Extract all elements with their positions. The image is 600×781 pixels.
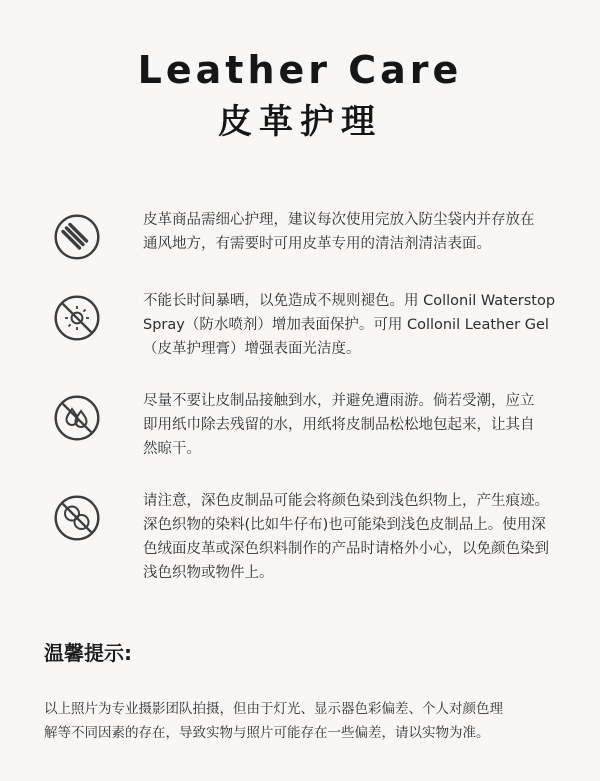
care-instruction-list: 皮革商品需细心护理，建议每次使用完放入防尘袋内并存放在 通风地方，有需要时可用皮… <box>0 208 600 585</box>
notice-section: 温馨提示: 以上照片为专业摄影团队拍摄，但由于灯光、显示器色彩偏差、个人对颜色理… <box>0 639 600 745</box>
notice-heading: 温馨提示: <box>44 639 556 667</box>
care-item-storage: 皮革商品需细心护理，建议每次使用完放入防尘袋内并存放在 通风地方，有需要时可用皮… <box>0 208 600 261</box>
care-text-storage: 皮革商品需细心护理，建议每次使用完放入防尘袋内并存放在 通风地方，有需要时可用皮… <box>143 208 585 256</box>
care-text-no-color-transfer: 请注意，深色皮制品可能会将颜色染到浅色织物上，产生痕迹。 深色织物的染料(比如牛… <box>143 489 585 585</box>
care-text-no-water: 尽量不要让皮制品接触到水，并避免遭雨游。倘若受潮，应立 即用纸巾除去残留的水，用… <box>143 389 585 461</box>
leather-texture-icon <box>53 213 101 261</box>
page-title-chinese: 皮革护理 <box>0 100 600 144</box>
leather-care-page: Leather Care 皮革护理 皮革商品需细心护理，建议每次使用完放入防尘袋… <box>0 0 600 781</box>
no-sun-icon <box>53 294 101 342</box>
no-water-icon <box>53 394 101 442</box>
page-title-english: Leather Care <box>0 48 600 92</box>
page-header: Leather Care 皮革护理 <box>0 0 600 144</box>
care-item-no-color-transfer: 请注意，深色皮制品可能会将颜色染到浅色织物上，产生痕迹。 深色织物的染料(比如牛… <box>0 489 600 585</box>
care-item-no-water: 尽量不要让皮制品接触到水，并避免遭雨游。倘若受潮，应立 即用纸巾除去残留的水，用… <box>0 389 600 461</box>
notice-text: 以上照片为专业摄影团队拍摄，但由于灯光、显示器色彩偏差、个人对颜色理 解等不同因… <box>44 697 556 745</box>
care-text-no-sun: 不能长时间暴晒，以免造成不规则褪色。用 Collonil Waterstop S… <box>143 289 585 361</box>
care-item-no-sun: 不能长时间暴晒，以免造成不规则褪色。用 Collonil Waterstop S… <box>0 289 600 361</box>
no-color-transfer-icon <box>53 494 101 542</box>
